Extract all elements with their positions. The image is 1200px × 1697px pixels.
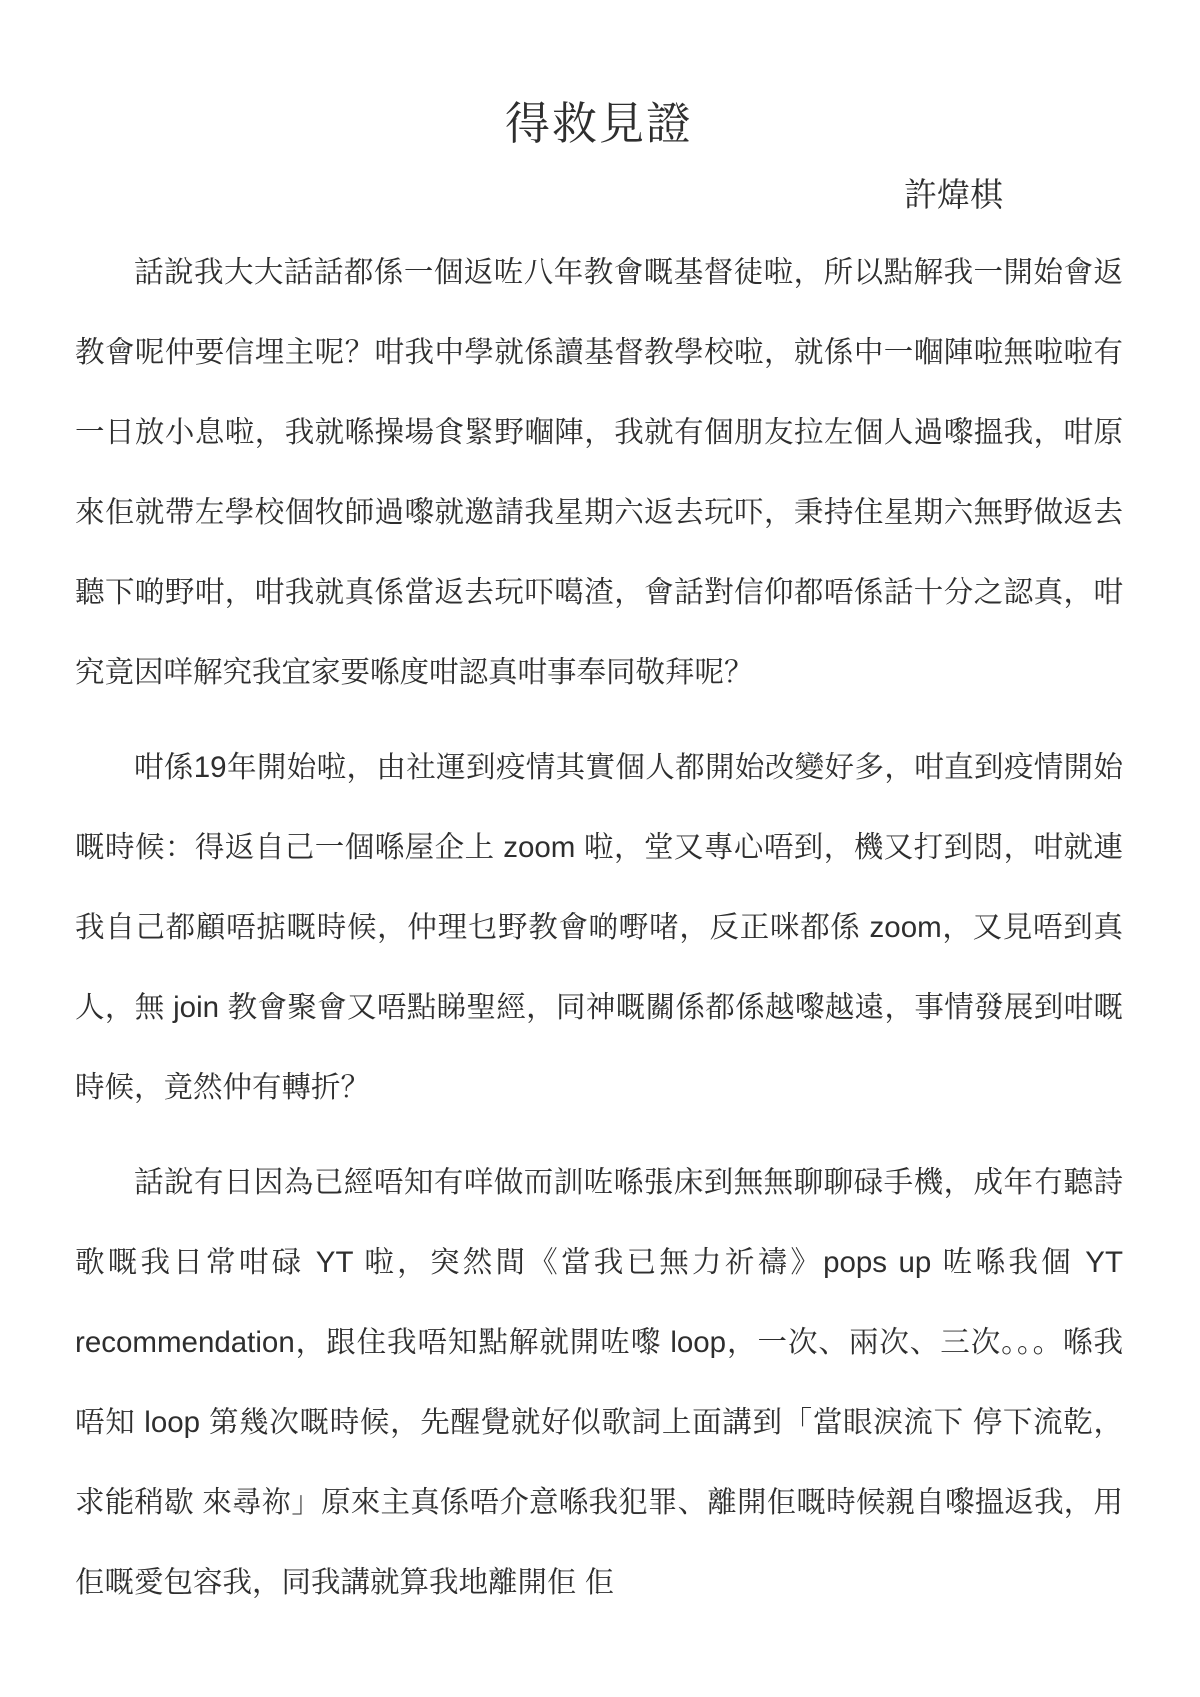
document-body: 話說我大大話話都係一個返咗八年教會嘅基督徒啦，所以點解我一開始會返教會呢仲要信埋… [75, 233, 1123, 1623]
body-paragraph-1: 話說我大大話話都係一個返咗八年教會嘅基督徒啦，所以點解我一開始會返教會呢仲要信埋… [75, 233, 1123, 713]
document-title: 得救見證 [75, 96, 1123, 152]
author-name: 許煒棋 [75, 174, 1003, 217]
body-paragraph-2: 咁係19年開始啦，由社運到疫情其實個人都開始改變好多，咁直到疫情開始嘅時候：得返… [75, 728, 1123, 1128]
body-paragraph-3: 話說有日因為已經唔知有咩做而訓咗喺張床到無無聊聊碌手機，成年冇聽詩歌嘅我日常咁碌… [75, 1143, 1123, 1623]
document-page: 得救見證 許煒棋 話說我大大話話都係一個返咗八年教會嘅基督徒啦，所以點解我一開始… [0, 0, 1200, 1697]
